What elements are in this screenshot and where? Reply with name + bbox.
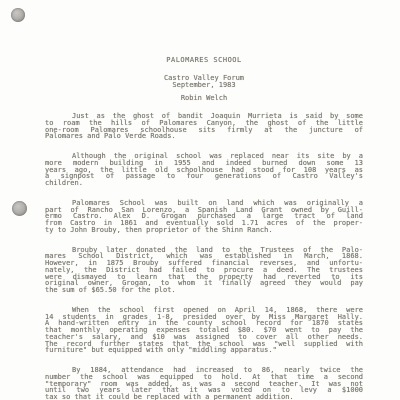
text-line: tax so that it could be replaced with a … (45, 394, 363, 400)
text-column: PALOMARES SCHOOL Castro Valley Forum Sep… (45, 57, 363, 400)
paragraph: Brouby later donated the land to the Tru… (45, 247, 363, 294)
punch-hole-bottom-icon (12, 201, 27, 216)
scanned-page: PALOMARES SCHOOL Castro Valley Forum Sep… (0, 0, 400, 400)
paragraph-container: Just as the ghost of bandit Joaquin Murr… (45, 113, 363, 400)
paragraph: Just as the ghost of bandit Joaquin Murr… (45, 113, 363, 140)
text-line: ty to John Brouby, then proprietor of th… (45, 227, 363, 234)
punch-hole-top-icon (11, 8, 25, 22)
date-line: September, 1983 (45, 82, 363, 89)
paragraph: Although the original school was replace… (45, 153, 363, 187)
author-line: Robin Welch (45, 95, 363, 102)
text-line: the sum of $65.50 for the plot. (45, 287, 363, 294)
text-line: furniture" but equipped with only "middl… (45, 347, 363, 354)
paragraph: By 1884, attendance had increased to 86,… (45, 367, 363, 400)
document-title: PALOMARES SCHOOL (45, 57, 363, 64)
text-line: Palomares and Palo Verde Roads. (45, 133, 363, 140)
paragraph: When the school first opened on April 14… (45, 307, 363, 354)
document-header: PALOMARES SCHOOL Castro Valley Forum Sep… (45, 57, 363, 102)
text-line: children. (45, 180, 363, 187)
paragraph: Palomares School was built on land which… (45, 200, 363, 234)
text-line: a signpost of passage to four generation… (45, 173, 363, 180)
